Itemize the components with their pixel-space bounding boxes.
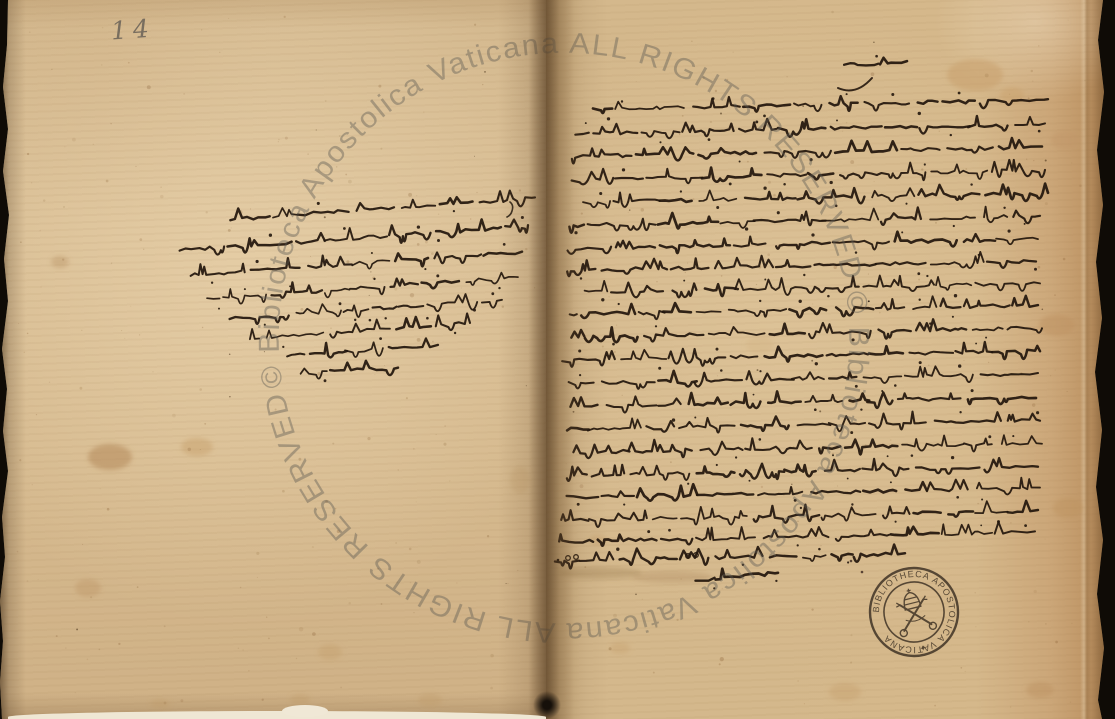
folio-number-pencil: 14: [110, 14, 156, 46]
left-page: [0, 0, 546, 719]
under-page-edge: [8, 711, 546, 719]
manuscript-scan-viewport: 14 BIBLIOTHECA APOSTOLICA VATICANA✦ © Bi…: [0, 0, 1115, 719]
right-page: [546, 0, 1115, 719]
